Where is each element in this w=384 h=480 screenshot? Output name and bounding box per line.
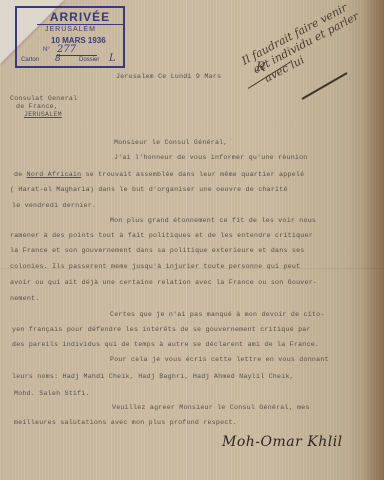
letter-line: J'ai l'honneur de vous informer qu'une r…	[114, 154, 308, 162]
letter-line: ( Harat-el Magharia) dans le but d'organ…	[10, 186, 288, 194]
letter-line: Certes que je n'ai pas manqué à mon devo…	[110, 311, 325, 319]
letter-line: la France et son gouvernement dans sa po…	[10, 247, 304, 255]
arrival-stamp: ARRIVÉE JERUSALEM 10 MARS 1936 N° 277 Ca…	[15, 6, 125, 68]
letter-line: de Nord Africain se trouvait assemblée d…	[14, 171, 304, 179]
letter-line: des pareils individus qui de temps à aut…	[12, 341, 319, 349]
letter-line: Mohd. Saleh Stifi.	[14, 390, 90, 398]
letter-line: yen français pour défendre les intérêts …	[12, 326, 311, 334]
stamp-city: JERUSALEM	[45, 26, 96, 33]
recipient-line: Consulat General	[10, 95, 77, 103]
letter-line: Pour cela je vous écris cette lettre en …	[110, 356, 329, 364]
underlined-phrase: Nord Africain	[27, 171, 82, 178]
stamp-dossier-label: Dossier	[79, 57, 99, 63]
salutation: Monsieur le Consul Général,	[114, 139, 228, 147]
letter-line: le vendredi dernier.	[12, 202, 96, 210]
place-date: Jerusalem Ce Lundi 9 Mars	[116, 73, 221, 81]
stamp-number-value: 277	[57, 44, 97, 56]
stamp-title: ARRIVÉE	[37, 10, 123, 25]
stamp-number-label: N°	[43, 47, 50, 53]
letter-line: Mon plus grand étonnement ce fit de les …	[110, 217, 316, 225]
signature: Moh-Omar Khlil	[222, 434, 343, 450]
stamp-carton-label: Carton	[21, 57, 39, 63]
letter-line: avoir ou qui ait déjà une certaine relat…	[10, 279, 317, 287]
letter-line: Veuillez agreer Monsieur le Consul Génér…	[112, 404, 310, 412]
recipient-city: JERUSALEM	[24, 111, 62, 119]
letter-line: meilleures salutations avec mon plus pro…	[14, 419, 237, 427]
recipient-line: de France,	[16, 103, 58, 111]
letter-line: colonies. Ils passerent meme jusqu'à inj…	[10, 263, 300, 271]
letter-line: nement.	[10, 295, 39, 303]
stamp-carton-value: 8	[55, 54, 61, 64]
stamp-dossier-value: L	[109, 53, 116, 64]
letter-line: ramener à des points tout à fait politiq…	[10, 232, 313, 240]
letter-line: leurs noms: Hadj Mahdi Cheik, Hadj Baghr…	[12, 373, 294, 381]
